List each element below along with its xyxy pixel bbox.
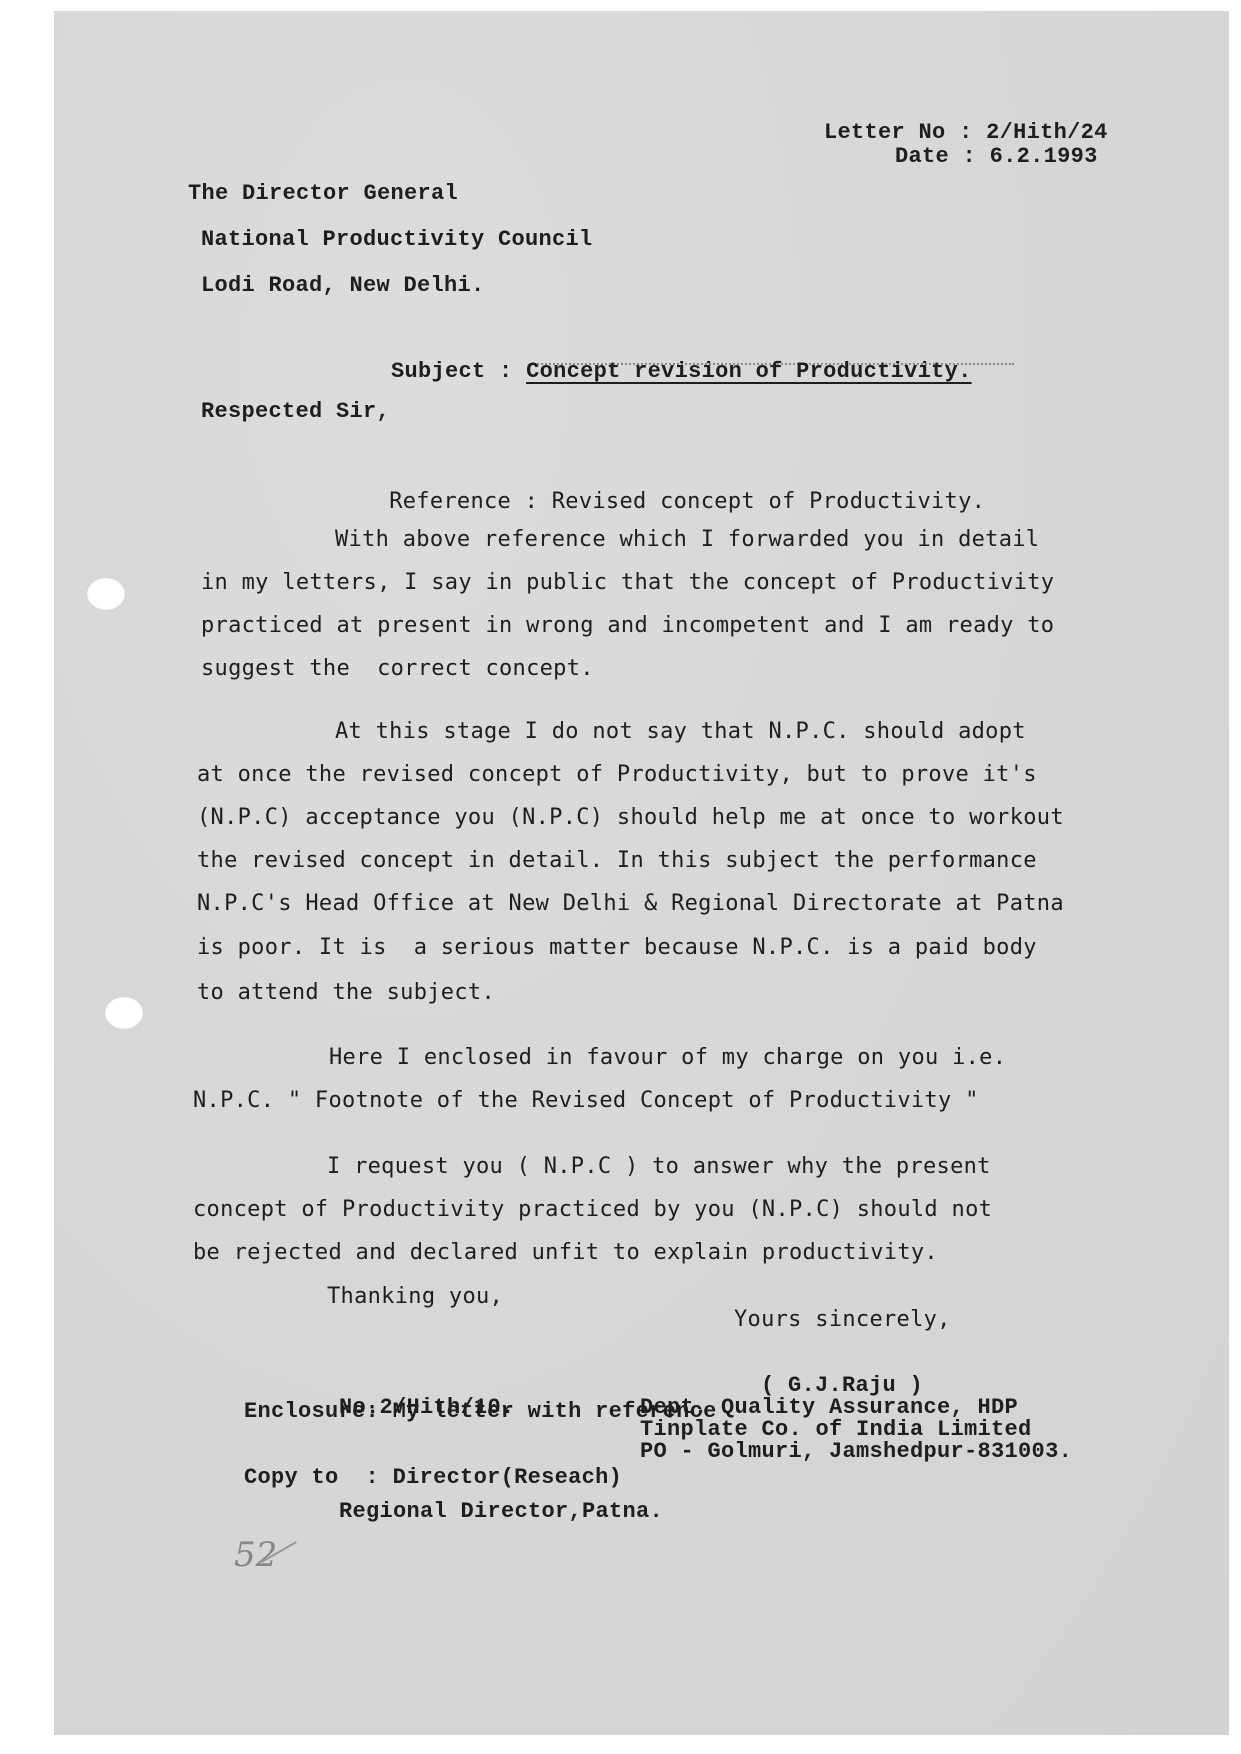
reference-text: Revised concept of Productivity. [552, 489, 985, 514]
paragraph-4-line-1: I request you ( N.P.C ) to answer why th… [327, 1154, 991, 1180]
enclosure-line-2: No.2/Hith/10. [339, 1395, 515, 1421]
paragraph-4-line-3: be rejected and declared unfit to explai… [193, 1240, 938, 1266]
copy-to-sep: : [366, 1465, 380, 1490]
punch-hole-upper [86, 577, 126, 611]
paragraph-2-line-2: at once the revised concept of Productiv… [197, 762, 1037, 788]
paragraph-2-line-6: is poor. It is a serious matter because … [197, 935, 1037, 961]
date-sep: : [963, 144, 977, 169]
copy-to-item-1: Director(Reseach) [393, 1465, 623, 1490]
copy-to-item-2: Regional Director,Patna. [339, 1499, 663, 1525]
thanks-line: Thanking you, [327, 1284, 503, 1310]
sign-off: Yours sincerely, [734, 1307, 951, 1333]
signatory-address: PO - Golmuri, Jamshedpur-831003. [640, 1439, 1072, 1465]
date-value: 6.2.1993 [990, 144, 1098, 169]
subject-line: Subject : Concept revision of Productivi… [337, 333, 972, 411]
punch-hole-lower [104, 996, 144, 1030]
paragraph-1-line-1: With above reference which I forwarded y… [335, 527, 1039, 553]
recipient-line-2: National Productivity Council [201, 227, 593, 253]
paragraph-3-line-2: N.P.C. " Footnote of the Revised Concept… [193, 1088, 979, 1114]
date-label: Date [895, 144, 949, 169]
paragraph-2-line-3: (N.P.C) acceptance you (N.P.C) should he… [197, 805, 1064, 831]
paragraph-2-line-1: At this stage I do not say that N.P.C. s… [335, 719, 1026, 745]
paragraph-1-line-2: in my letters, I say in public that the … [201, 570, 1054, 596]
subject-text: Concept revision of Productivity. [526, 359, 972, 384]
paragraph-2-line-5: N.P.C's Head Office at New Delhi & Regio… [197, 891, 1064, 917]
copy-to-label: Copy to [244, 1465, 339, 1490]
subject-label: Subject [391, 359, 486, 384]
letter-page: Letter No : 2/Hith/24 Date : 6.2.1993 Th… [54, 11, 1229, 1735]
paragraph-4-line-2: concept of Productivity practiced by you… [193, 1197, 992, 1223]
paragraph-1-line-4: suggest the correct concept. [201, 656, 594, 682]
paragraph-1-line-3: practiced at present in wrong and incomp… [201, 613, 1054, 639]
salutation: Respected Sir, [201, 399, 390, 425]
recipient-line-1: The Director General [188, 181, 458, 207]
paragraph-2-line-7: to attend the subject. [197, 980, 495, 1006]
recipient-line-3: Lodi Road, New Delhi. [201, 273, 485, 299]
paragraph-2-line-4: the revised concept in detail. In this s… [197, 848, 1037, 874]
reference-label: Reference [389, 489, 511, 514]
reference-sep: : [525, 489, 539, 514]
date-line: Date : 6.2.1993 [841, 118, 1098, 196]
paragraph-3-line-1: Here I enclosed in favour of my charge o… [329, 1045, 1006, 1071]
subject-sep: : [499, 359, 513, 384]
